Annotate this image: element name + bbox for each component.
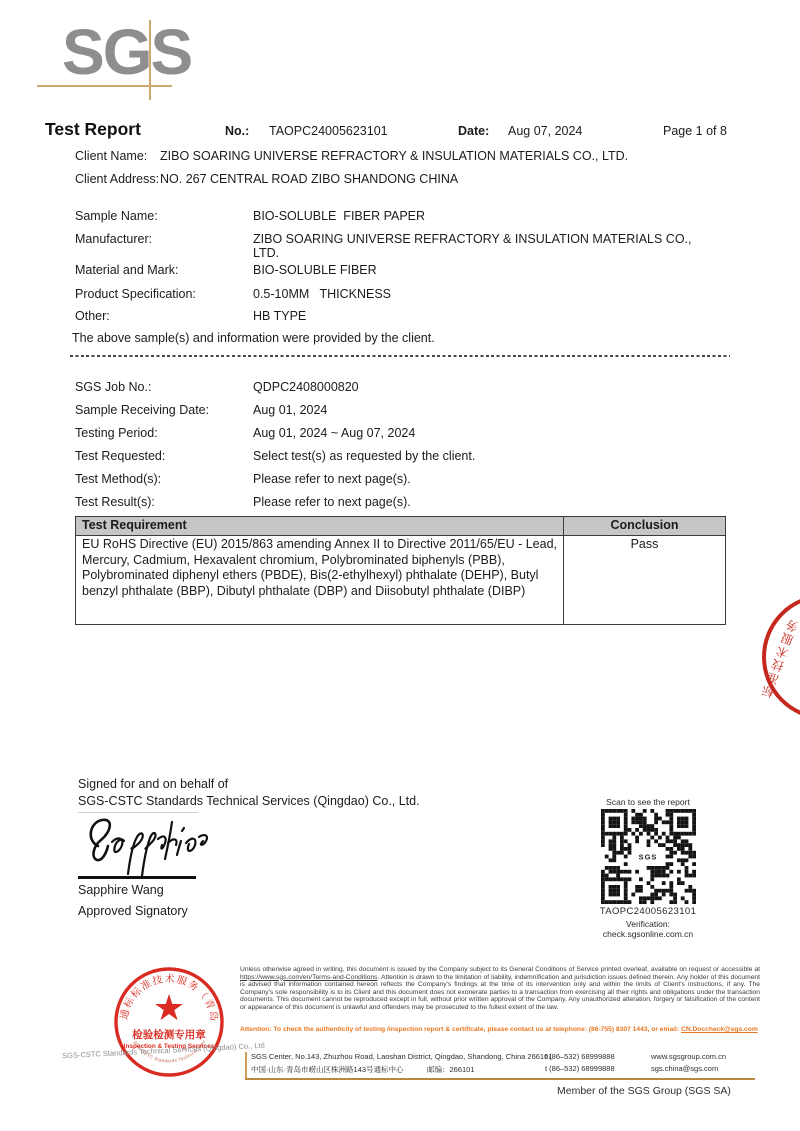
qr-verification-label: Verification: xyxy=(578,919,718,929)
legal-text-pre: Unless otherwise agreed in writing, this… xyxy=(240,966,760,973)
signed-for-line: Signed for and on behalf of xyxy=(78,777,228,791)
handwritten-signature xyxy=(80,812,215,880)
qr-center-logo: SGS xyxy=(637,852,660,861)
stamp-star-icon: ★ xyxy=(153,987,185,1028)
client-name-label: Client Name: xyxy=(75,149,147,163)
dashed-separator xyxy=(70,355,730,357)
receiving-date-label: Sample Receiving Date: xyxy=(75,403,209,417)
test-result-label: Test Result(s): xyxy=(75,495,155,509)
page-number: Page 1 of 8 xyxy=(663,124,727,138)
test-requested-label: Test Requested: xyxy=(75,449,165,463)
signatory-role: Approved Signatory xyxy=(78,904,188,918)
address-chinese: 中国·山东·青岛市崂山区株洲路143号通标中心 xyxy=(251,1064,404,1075)
qr-verification-url: check.sgsonline.com.cn xyxy=(578,929,718,939)
client-name-value: ZIBO SOARING UNIVERSE REFRACTORY & INSUL… xyxy=(160,149,760,163)
requirement-cell: EU RoHS Directive (EU) 2015/863 amending… xyxy=(76,536,564,625)
logo-crosshair-vertical xyxy=(149,20,151,100)
client-address-label: Client Address: xyxy=(75,172,159,186)
attention-text: Attention: To check the authenticity of … xyxy=(240,1026,681,1033)
material-mark-label: Material and Mark: xyxy=(75,263,179,277)
postcode: 邮编：266101 xyxy=(427,1064,475,1075)
job-no-label: SGS Job No.: xyxy=(75,380,151,394)
legal-fineprint: Unless otherwise agreed in writing, this… xyxy=(240,966,760,1012)
qr-block: Scan to see the report SGS TAOPC24005623… xyxy=(578,797,718,939)
qr-code: SGS xyxy=(601,809,696,904)
conclusion-column-header: Conclusion xyxy=(564,517,726,536)
report-no-value: TAOPC24005623101 xyxy=(269,124,388,138)
website-url: www.sgsgroup.com.cn xyxy=(651,1052,726,1061)
other-label: Other: xyxy=(75,309,110,323)
sample-note: The above sample(s) and information were… xyxy=(72,331,732,345)
signing-company-line: SGS-CSTC Standards Technical Services (Q… xyxy=(78,794,420,808)
address-horizontal-rule xyxy=(245,1078,755,1080)
edge-red-stamp: 标准技术服务 xyxy=(762,594,800,720)
requirement-column-header: Test Requirement xyxy=(76,517,564,536)
table-row: EU RoHS Directive (EU) 2015/863 amending… xyxy=(76,536,726,625)
sgs-member-line: Member of the SGS Group (SGS SA) xyxy=(557,1085,731,1097)
page-title: Test Report xyxy=(45,119,141,140)
qr-scan-label: Scan to see the report xyxy=(578,797,718,807)
report-no-label: No.: xyxy=(225,124,249,138)
contact-email: sgs.china@sgs.com xyxy=(651,1064,718,1073)
attention-notice: Attention: To check the authenticity of … xyxy=(240,1026,760,1034)
other-value: HB TYPE xyxy=(253,309,713,323)
requirement-table: Test Requirement Conclusion EU RoHS Dire… xyxy=(75,516,726,625)
test-method-value: Please refer to next page(s). xyxy=(253,472,411,486)
test-report-page: SGS Test Report No.: TAOPC24005623101 Da… xyxy=(0,0,800,1131)
test-requested-value: Select test(s) as requested by the clien… xyxy=(253,449,475,463)
doccheck-email: CN.Doccheck@sgs.com xyxy=(681,1026,758,1033)
client-address-value: NO. 267 CENTRAL ROAD ZIBO SHANDONG CHINA xyxy=(160,172,760,186)
stamp-title-chinese: 检验检测专用章 xyxy=(132,1028,206,1041)
report-date-label: Date: xyxy=(458,124,489,138)
conclusion-cell: Pass xyxy=(564,536,726,625)
product-spec-label: Product Specification: xyxy=(75,287,196,301)
address-english: SGS Center, No.143, Zhuzhou Road, Laosha… xyxy=(251,1052,552,1061)
signatory-name: Sapphire Wang xyxy=(78,883,164,897)
testing-period-label: Testing Period: xyxy=(75,426,158,440)
product-spec-value: 0.5-10MM THICKNESS xyxy=(253,287,713,301)
signature-underline xyxy=(78,876,196,879)
edge-red-stamp-text: 标准技术服务 xyxy=(758,614,800,701)
manufacturer-value: ZIBO SOARING UNIVERSE REFRACTORY & INSUL… xyxy=(253,232,705,260)
testing-period-value: Aug 01, 2024 ~ Aug 07, 2024 xyxy=(253,426,415,440)
report-date-value: Aug 07, 2024 xyxy=(508,124,582,138)
receiving-date-value: Aug 01, 2024 xyxy=(253,403,327,417)
inspection-stamp: 通标标准技术服务（青岛）有限公司 SGS-CSTC Standards Tech… xyxy=(104,962,234,1084)
material-mark-value: BIO-SOLUBLE FIBER xyxy=(253,263,713,277)
phone-line-1: t (86–532) 68999888 xyxy=(545,1052,615,1061)
test-result-value: Please refer to next page(s). xyxy=(253,495,411,509)
sample-name-label: Sample Name: xyxy=(75,209,158,223)
manufacturer-label: Manufacturer: xyxy=(75,232,152,246)
sample-name-value: BIO-SOLUBLE FIBER PAPER xyxy=(253,209,713,223)
sgs-logo: SGS xyxy=(62,20,191,84)
address-vertical-rule xyxy=(245,1052,247,1078)
terms-link: https://www.sgs.com/en/Terms-and-Conditi… xyxy=(240,974,378,981)
job-no-value: QDPC2408000820 xyxy=(253,380,359,394)
phone-line-2: t (86–532) 68999888 xyxy=(545,1064,615,1073)
test-method-label: Test Method(s): xyxy=(75,472,161,486)
logo-crosshair-horizontal xyxy=(37,85,172,87)
